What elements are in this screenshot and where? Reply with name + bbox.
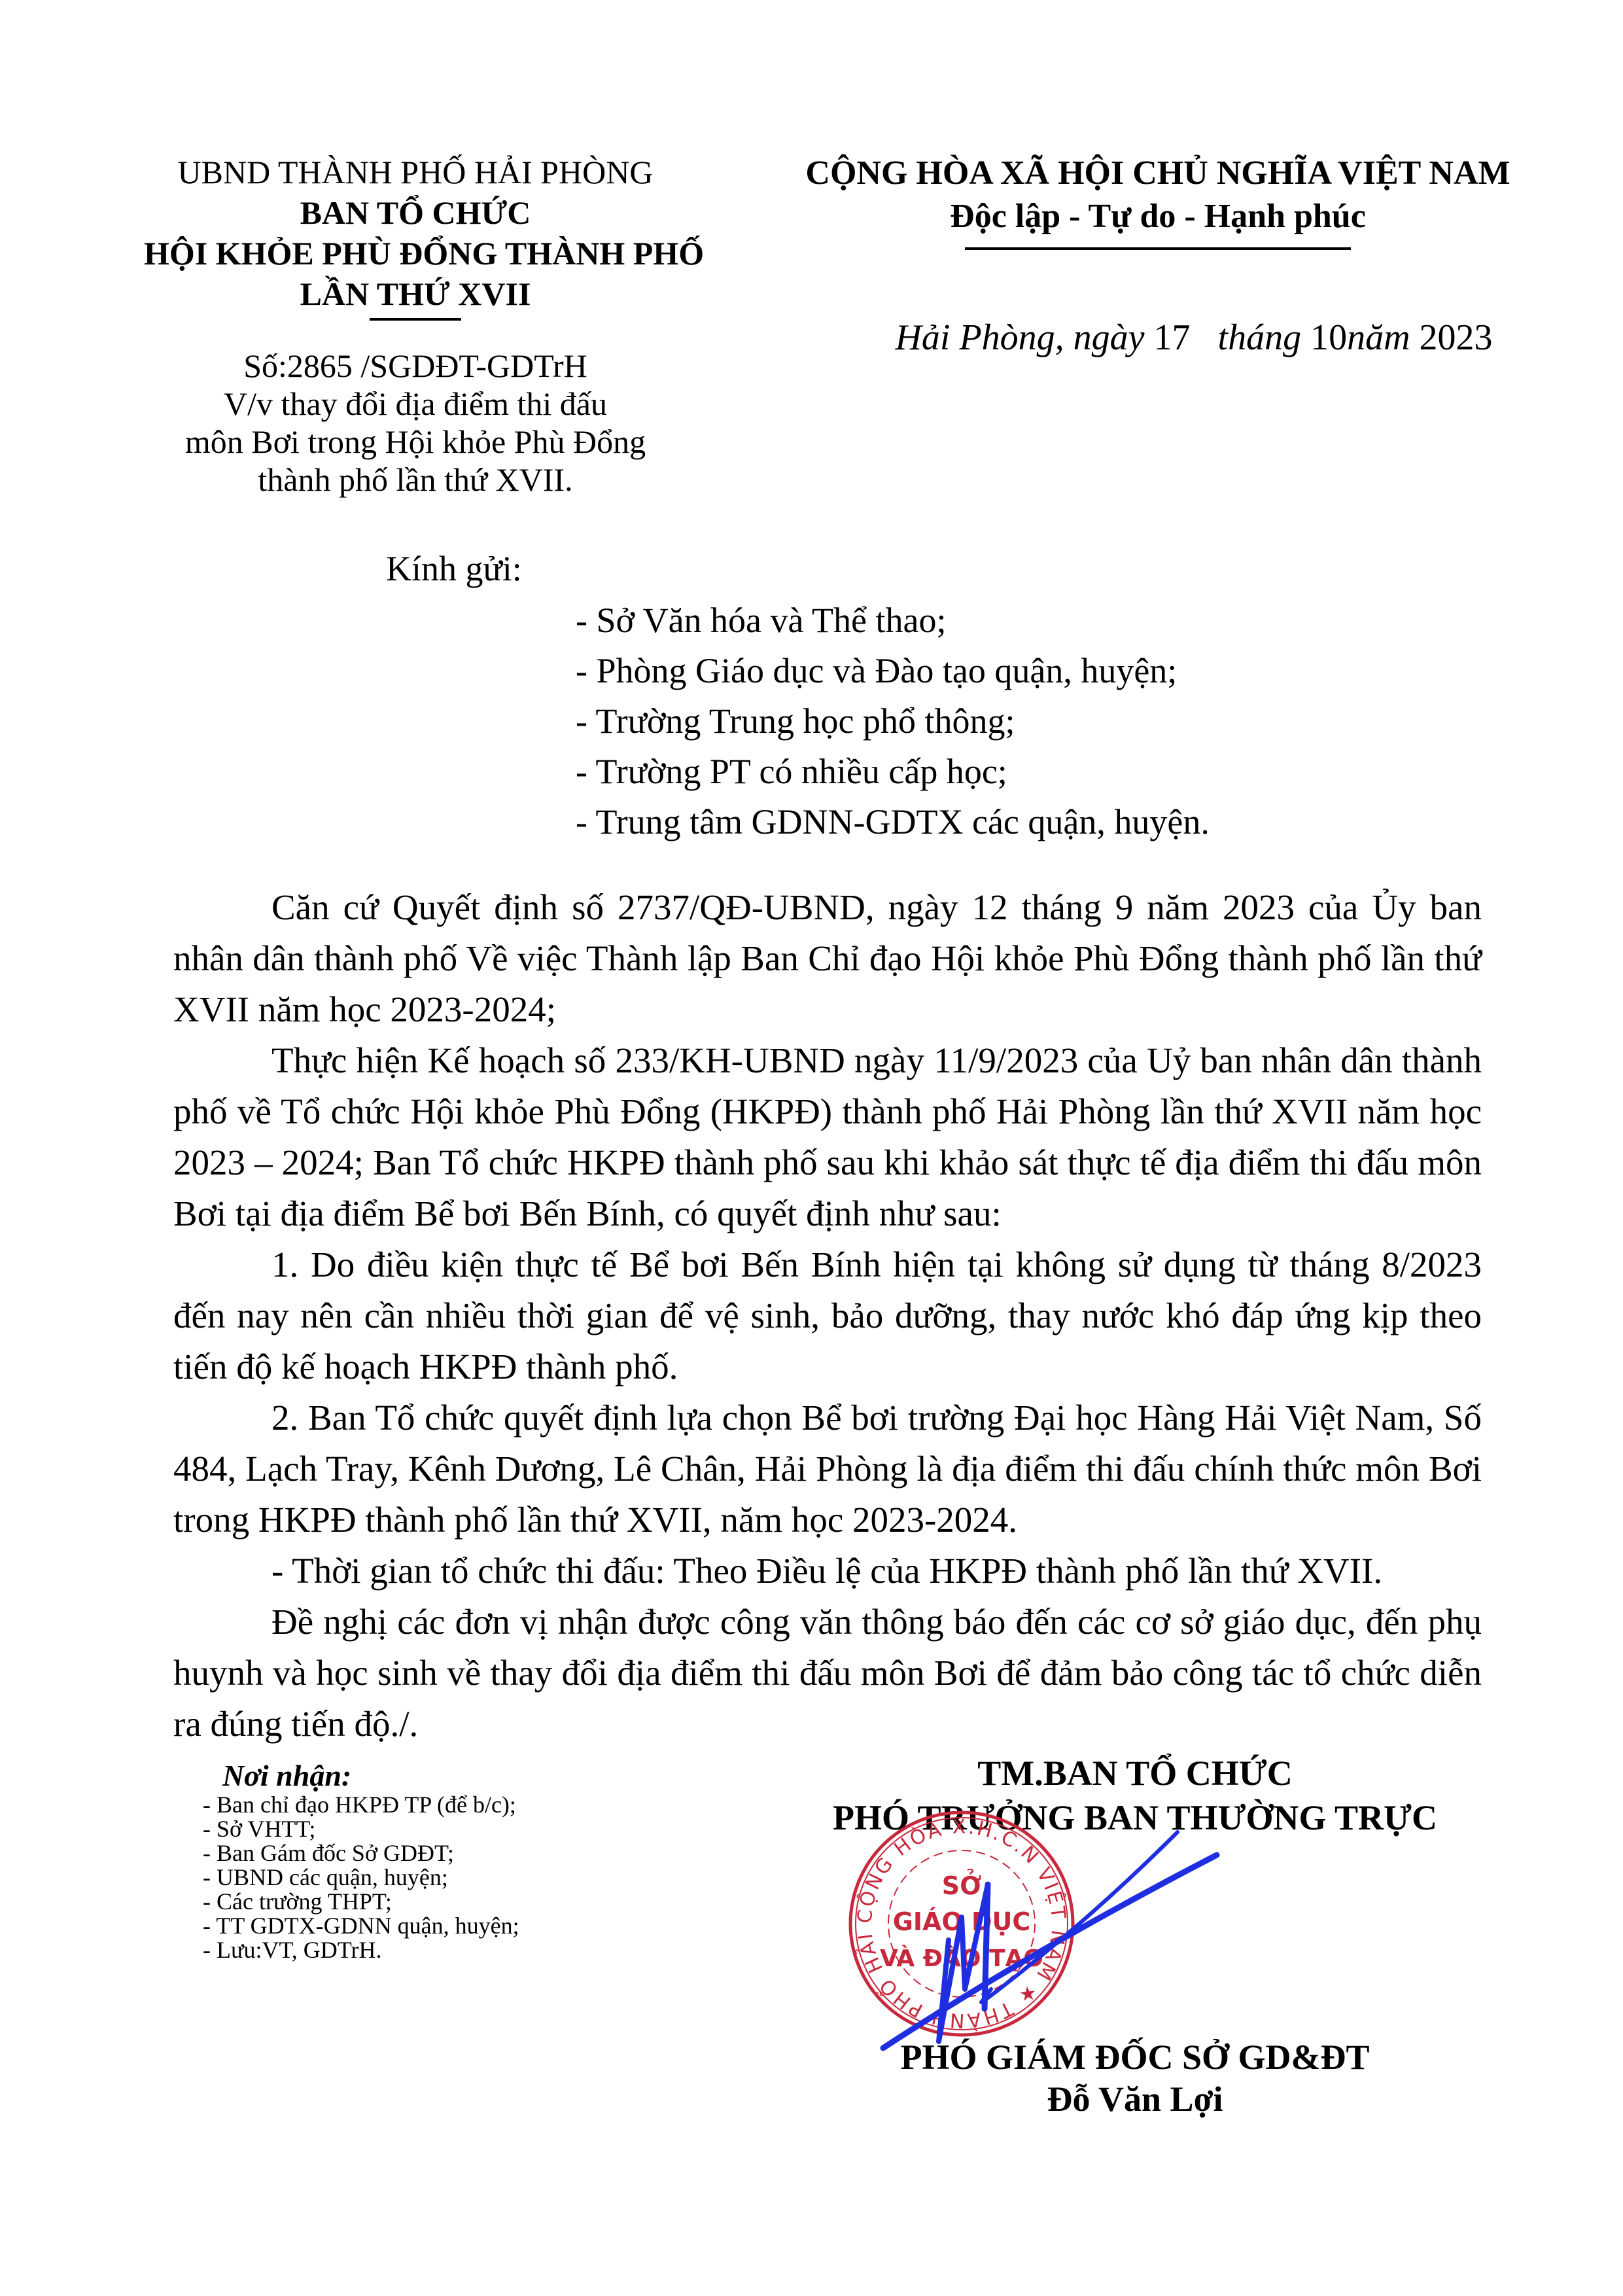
body-paragraph: Đề nghị các đơn vị nhận được công văn th… [173, 1597, 1482, 1750]
addressee-item: - Sở Văn hóa và Thể thao; [576, 595, 1210, 646]
body-paragraph: - Thời gian tổ chức thi đấu: Theo Điều l… [173, 1545, 1482, 1597]
addressee-list: - Sở Văn hóa và Thể thao; - Phòng Giáo d… [576, 595, 1210, 847]
issuing-authority-header: UBND THÀNH PHỐ HẢI PHÒNG BAN TỔ CHỨC HỘI… [144, 152, 687, 321]
reference-block: Số:2865 /SGDĐT-GDTrH V/v thay đổi địa đi… [144, 347, 687, 499]
subject-line-2: môn Bơi trong Hội khỏe Phù Đổng [144, 423, 687, 461]
addressee-item: - Trường Trung học phổ thông; [576, 696, 1210, 747]
date-day: 17 [1154, 317, 1191, 358]
body-paragraph: Căn cứ Quyết định số 2737/QĐ-UBND, ngày … [173, 882, 1482, 1035]
body-paragraph: Thực hiện Kế hoạch số 233/KH-UBND ngày 1… [173, 1035, 1482, 1239]
handwritten-signature-icon [870, 1819, 1236, 2055]
authority-line-1: UBND THÀNH PHỐ HẢI PHÒNG [144, 152, 687, 192]
document-number: Số:2865 /SGDĐT-GDTrH [144, 347, 687, 385]
national-motto: Độc lập - Tự do - Hạnh phúc [772, 195, 1544, 238]
country-name: CỘNG HÒA XÃ HỘI CHỦ NGHĨA VIỆT NAM [772, 152, 1544, 195]
subject-line-1: V/v thay đổi địa điểm thi đấu [144, 385, 687, 423]
date-place: Hải Phòng, ngày [895, 317, 1153, 358]
addressee-item: - Trung tâm GDNN-GDTX các quận, huyện. [576, 797, 1210, 847]
authority-line-2: BAN TỔ CHỨC [144, 192, 687, 233]
date-year: 2023 [1420, 317, 1493, 358]
signature-line-1: TM.BAN TỔ CHỨC [752, 1751, 1518, 1795]
distribution-item: - Ban chỉ đạo HKPĐ TP (để b/c); [203, 1793, 519, 1817]
addressee-item: - Phòng Giáo dục và Đào tạo quận, huyện; [576, 646, 1210, 696]
addressee-label: Kính gửi: [386, 548, 522, 589]
document-body: Căn cứ Quyết định số 2737/QĐ-UBND, ngày … [173, 882, 1482, 1750]
distribution-item: - Các trường THPT; [203, 1890, 519, 1914]
distribution-item: - TT GDTX-GDNN quận, huyện; [203, 1914, 519, 1938]
distribution-item: - Sở VHTT; [203, 1817, 519, 1841]
motto-divider [965, 247, 1351, 250]
signer-block: PHÓ GIÁM ĐỐC SỞ GD&ĐT Đỗ Văn Lợi [752, 2036, 1518, 2120]
authority-line-3: HỘI KHỎE PHÙ ĐỔNG THÀNH PHỐ [144, 233, 687, 274]
subject-line-3: thành phố lần thứ XVII. [144, 461, 687, 499]
national-motto-header: CỘNG HÒA XÃ HỘI CHỦ NGHĨA VIỆT NAM Độc l… [772, 152, 1544, 250]
addressee-item: - Trường PT có nhiều cấp học; [576, 747, 1210, 797]
body-paragraph: 2. Ban Tổ chức quyết định lựa chọn Bể bơ… [173, 1392, 1482, 1545]
distribution-title: Nơi nhận: [222, 1759, 519, 1793]
header-divider [370, 318, 461, 321]
distribution-item: - Ban Gám đốc Sở GDĐT; [203, 1841, 519, 1865]
signer-name: Đỗ Văn Lợi [752, 2078, 1518, 2120]
distribution-item: - Lưu:VT, GDTrH. [203, 1938, 519, 1962]
date-month-label: tháng [1218, 317, 1311, 358]
date-month: 10 [1310, 317, 1347, 358]
body-paragraph: 1. Do điều kiện thực tế Bể bơi Bến Bính … [173, 1239, 1482, 1392]
distribution-item: - UBND các quận, huyện; [203, 1865, 519, 1890]
date-year-label: năm [1347, 317, 1419, 358]
distribution-list: Nơi nhận: - Ban chỉ đạo HKPĐ TP (để b/c)… [203, 1759, 519, 1962]
date-line: Hải Phòng, ngày 17 tháng 10năm 2023 [818, 317, 1570, 359]
signer-title: PHÓ GIÁM ĐỐC SỞ GD&ĐT [752, 2036, 1518, 2078]
authority-line-4: LẦN THỨ XVII [144, 274, 687, 314]
